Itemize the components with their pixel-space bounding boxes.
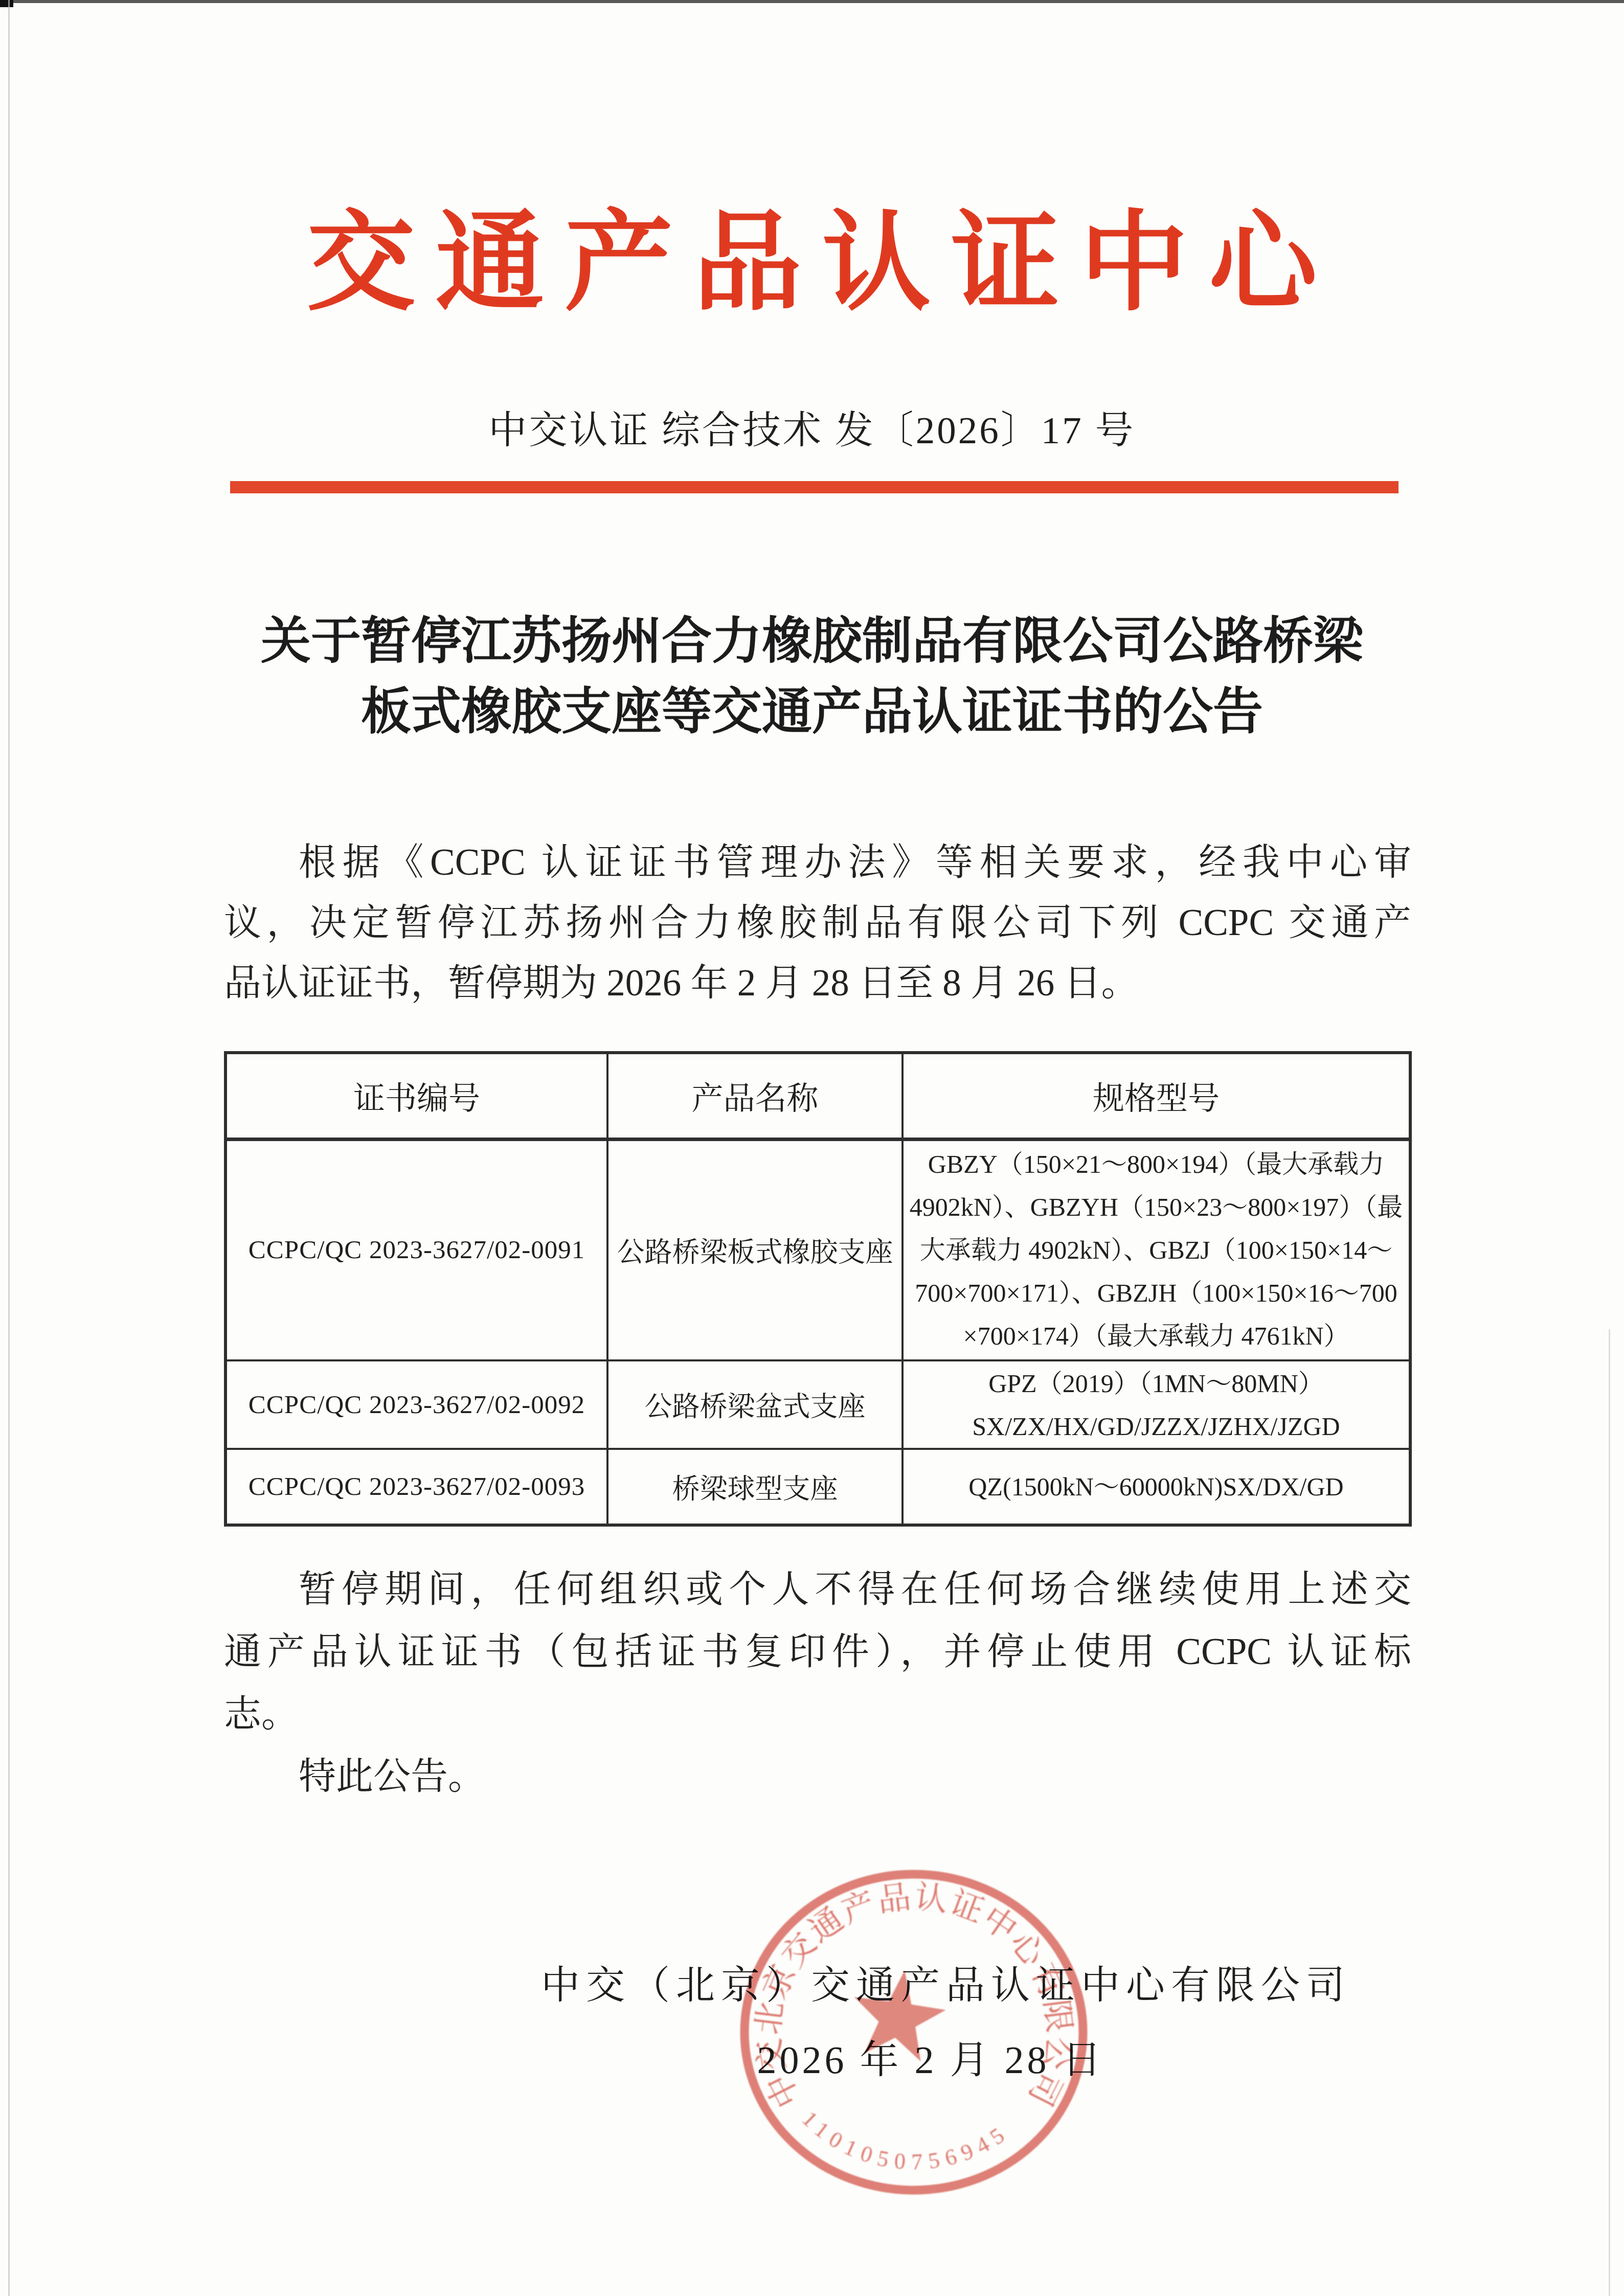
paragraph-suspension: 暂停期间，任何组织或个人不得在任何场合继续使用上述交 通产品认证证书（包括证书复… xyxy=(224,1558,1411,1808)
spec-line: ×700×174）（最大承载力 4761kN） xyxy=(904,1314,1409,1357)
announcement-title-line1: 关于暂停江苏扬州合力橡胶制品有限公司公路桥梁 xyxy=(261,614,1363,669)
spec-cell: GPZ（2019）（1MN～80MN） SX/ZX/HX/GD/JZZX/JZH… xyxy=(903,1360,1410,1449)
paragraph-intro: 根据《CCPC 认证证书管理办法》等相关要求，经我中心审 议，决定暂停江苏扬州合… xyxy=(224,832,1411,1013)
announcement-title-line2: 板式橡胶支座等交通产品认证证书的公告 xyxy=(361,685,1263,740)
document-page: 交通产品认证中心 中交认证 综合技术 发〔2026〕17 号 关于暂停江苏扬州合… xyxy=(0,0,1624,2296)
spec-line: 4902kN）、GBZYH（150×23～800×197）（最 xyxy=(904,1186,1409,1229)
table-header-row: 证书编号 产品名称 规格型号 xyxy=(225,1053,1410,1139)
spec-cell: QZ(1500kN～60000kN)SX/DX/GD xyxy=(903,1449,1410,1525)
red-divider-line xyxy=(230,481,1399,493)
product-cell: 桥梁球型支座 xyxy=(607,1449,903,1525)
table-row: CCPC/QC 2023-3627/02-0092 公路桥梁盆式支座 GPZ（2… xyxy=(225,1360,1410,1449)
scan-corner-mark xyxy=(0,0,13,7)
product-cell: 公路桥梁盆式支座 xyxy=(607,1360,903,1449)
certificates-table: 证书编号 产品名称 规格型号 CCPC/QC 2023-3627/02-0091… xyxy=(224,1051,1412,1527)
suspension-line: 志。 xyxy=(224,1683,1411,1745)
spec-line: 大承载力 4902kN）、GBZJ（100×150×14～ xyxy=(904,1229,1409,1271)
cert-no-cell: CCPC/QC 2023-3627/02-0092 xyxy=(225,1360,607,1449)
star-icon xyxy=(847,1964,951,2063)
spec-line: SX/ZX/HX/GD/JZZX/JZHX/JZGD xyxy=(904,1405,1409,1448)
letterhead-title: 交通产品认证中心 xyxy=(0,202,1624,325)
scan-edge-right xyxy=(1609,1329,1610,2296)
column-header-cert-no: 证书编号 xyxy=(225,1053,607,1139)
stamp-serial-number: 1101050756945 xyxy=(797,2106,1014,2175)
column-header-spec: 规格型号 xyxy=(903,1053,1410,1139)
scan-edge-top xyxy=(0,0,1624,3)
document-number: 中交认证 综合技术 发〔2026〕17 号 xyxy=(0,408,1624,454)
intro-line: 议，决定暂停江苏扬州合力橡胶制品有限公司下列 CCPC 交通产 xyxy=(224,893,1411,953)
table-row: CCPC/QC 2023-3627/02-0091 公路桥梁板式橡胶支座 GBZ… xyxy=(225,1139,1410,1360)
suspension-line: 暂停期间，任何组织或个人不得在任何场合继续使用上述交 xyxy=(224,1558,1411,1621)
suspension-line: 通产品认证证书（包括证书复印件），并停止使用 CCPC 认证标 xyxy=(224,1621,1411,1683)
official-seal-stamp: 中交北京交通产品认证中心有限公司 1101050756945 xyxy=(730,1858,1098,2206)
closing-line: 特此公告。 xyxy=(224,1745,1411,1808)
scan-edge-left xyxy=(8,0,10,2296)
spec-cell: GBZY（150×21～800×194）（最大承载力 4902kN）、GBZYH… xyxy=(903,1139,1410,1360)
table-row: CCPC/QC 2023-3627/02-0093 桥梁球型支座 QZ(1500… xyxy=(225,1449,1410,1525)
spec-line: GPZ（2019）（1MN～80MN） xyxy=(904,1362,1409,1405)
spec-line: 700×700×171）、GBZJH（100×150×16～700 xyxy=(904,1271,1409,1314)
product-cell: 公路桥梁板式橡胶支座 xyxy=(607,1139,903,1360)
cert-no-cell: CCPC/QC 2023-3627/02-0091 xyxy=(225,1139,607,1360)
intro-line: 根据《CCPC 认证证书管理办法》等相关要求，经我中心审 xyxy=(224,832,1411,893)
spec-line: GBZY（150×21～800×194）（最大承载力 xyxy=(904,1143,1409,1186)
svg-text:1101050756945: 1101050756945 xyxy=(797,2106,1014,2175)
column-header-product: 产品名称 xyxy=(607,1053,903,1139)
announcement-title: 关于暂停江苏扬州合力橡胶制品有限公司公路桥梁 板式橡胶支座等交通产品认证证书的公… xyxy=(219,606,1405,747)
spec-line: QZ(1500kN～60000kN)SX/DX/GD xyxy=(904,1465,1409,1508)
intro-line: 品认证证书，暂停期为 2026 年 2 月 28 日至 8 月 26 日。 xyxy=(224,953,1411,1013)
cert-no-cell: CCPC/QC 2023-3627/02-0093 xyxy=(225,1449,607,1525)
